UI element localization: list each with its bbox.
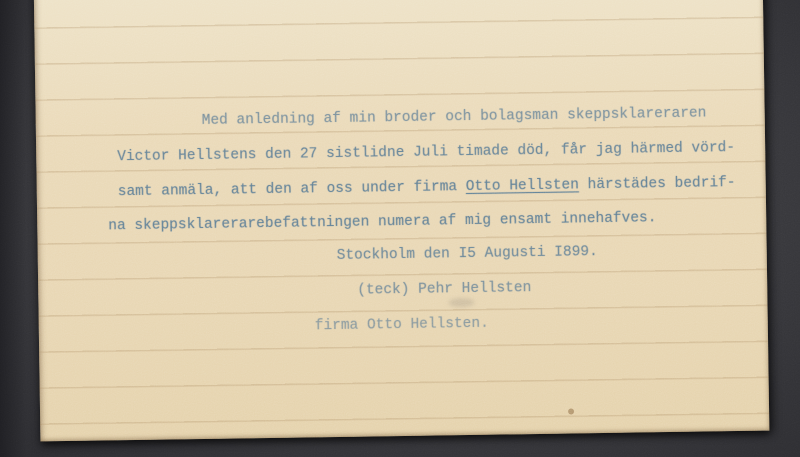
letter-paper: Med anledning af min broder och bolagsma… <box>34 0 770 441</box>
letter-text-segment: (teck) Pehr Hellsten <box>357 280 531 299</box>
underlined-company-name: Otto Hellsten <box>466 177 579 195</box>
document-scan: Med anledning af min broder och bolagsma… <box>0 0 800 457</box>
paper-speck <box>568 408 574 414</box>
letter-signature-line: (teck) Pehr Hellsten <box>357 281 531 298</box>
letter-text-segment: härstädes bedrif- <box>579 175 736 193</box>
letter-firm-line: firma Otto Hellsten. <box>315 317 489 334</box>
letter-text-segment: firma Otto Hellsten. <box>315 316 489 335</box>
